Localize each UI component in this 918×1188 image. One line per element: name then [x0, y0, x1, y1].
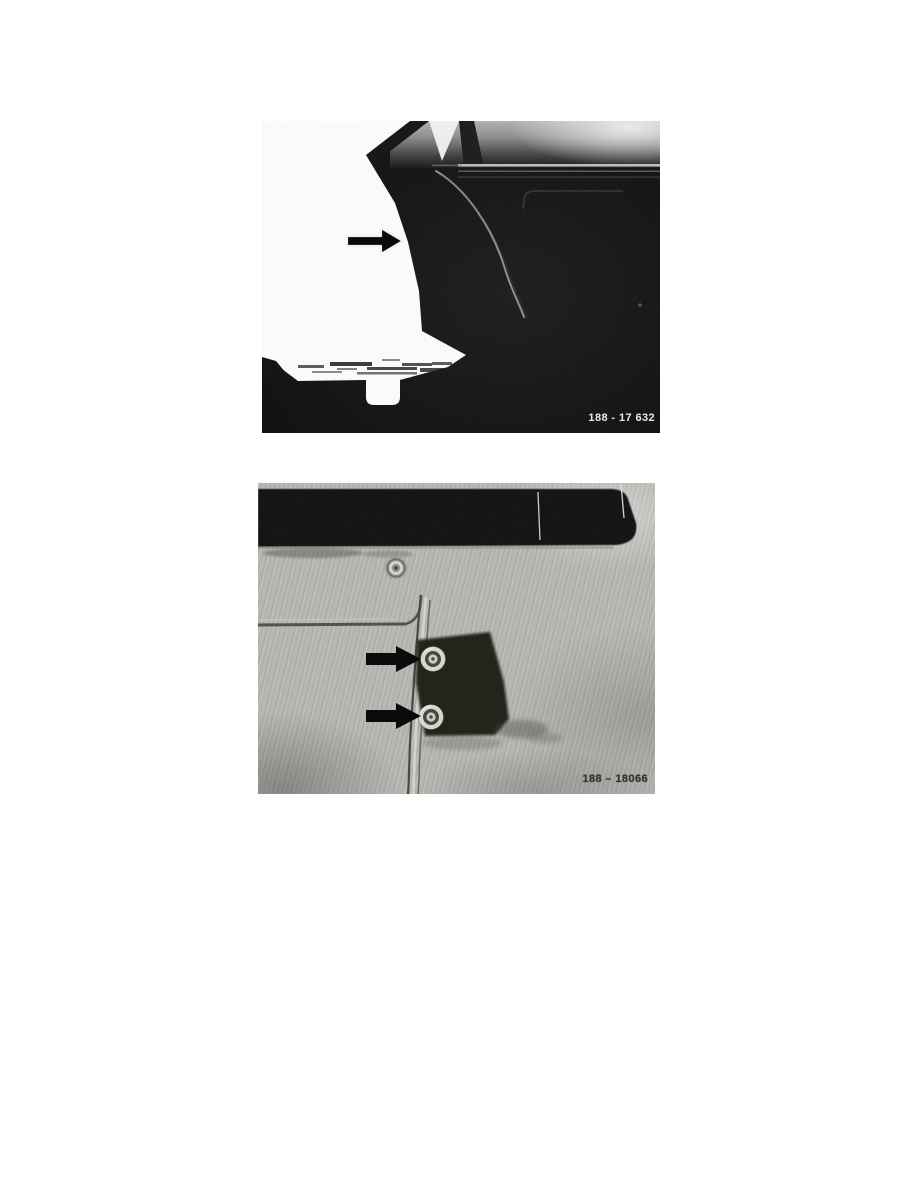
photo-ref-label: 188 – 18066: [582, 774, 648, 785]
figure-lower-photo: 188 – 18066: [258, 483, 655, 794]
lower-photo-art: [258, 483, 655, 794]
film-grain: [262, 121, 660, 433]
film-grain: [258, 483, 655, 794]
upper-photo-art: [262, 121, 660, 433]
photo-ref-label: 188 - 17 632: [588, 413, 655, 424]
manual-page: 188 - 17 632: [0, 0, 918, 1188]
figure-upper-photo: 188 - 17 632: [262, 121, 660, 433]
